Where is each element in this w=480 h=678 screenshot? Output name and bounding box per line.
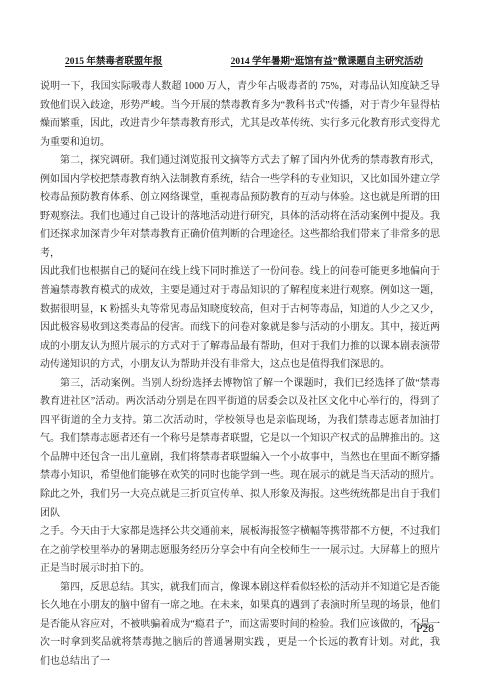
document-body: 说明一下，我国实际吸毒人数超 1000 万人，青少年占吸毒者的 75%，对毒品认… [40, 78, 440, 672]
paragraph: 之手。今天由于大家都是选择公共交通前来，展板海报签字横幅等携带都不方便，不过我们… [40, 523, 440, 579]
paragraph: 因此我们也根据自己的疑问在线上线下同时推送了一份问卷。线上的问卷可能更多地偏向于… [40, 263, 440, 374]
page-header: 2015 年禁毒者联盟年报 2014 学年暑期“逛馆有益”微课题自主研究活动 [65, 53, 423, 67]
header-right-title: 2014 学年暑期“逛馆有益”微课题自主研究活动 [231, 53, 423, 67]
paragraph: 第三，活动案例。当别人纷纷选择去博物馆了解一个课题时，我们已经选择了做“禁毒教育… [40, 375, 440, 523]
paragraph: 说明一下，我国实际吸毒人数超 1000 万人，青少年占吸毒者的 75%，对毒品认… [40, 78, 440, 152]
document-page: 2015 年禁毒者联盟年报 2014 学年暑期“逛馆有益”微课题自主研究活动 说… [0, 0, 480, 678]
paragraph: 第四，反思总结。其实，就我们而言，像课本剧这样看似轻松的活动并不知道它是否能长久… [40, 579, 440, 672]
page-number: P28 [416, 623, 434, 635]
header-left-title: 2015 年禁毒者联盟年报 [65, 53, 162, 67]
paragraph: 第二，探究调研。我们通过浏览报刊文摘等方式去了解了国内外优秀的禁毒教育形式，例如… [40, 152, 440, 263]
